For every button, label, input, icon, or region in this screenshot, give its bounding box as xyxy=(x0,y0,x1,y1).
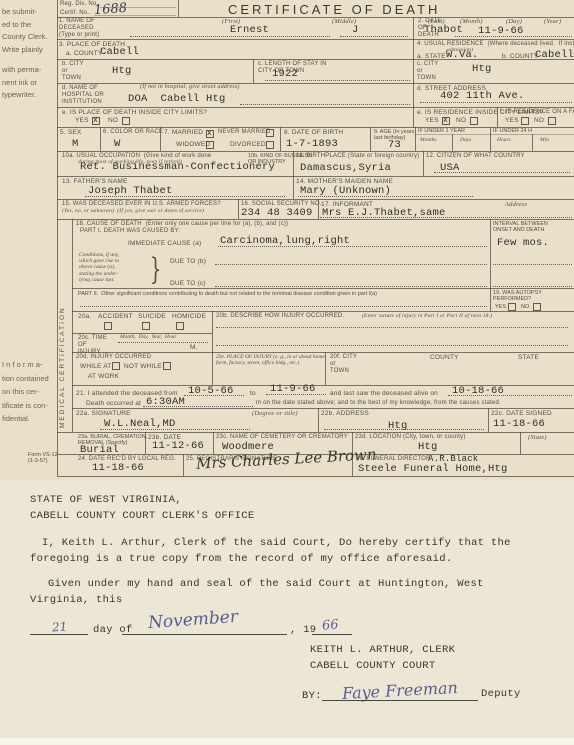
form-title: CERTIFICATE OF DEATH xyxy=(228,2,440,17)
armed-forces-hint: (Yes, no, or unknown) (If yes, give war … xyxy=(62,208,204,215)
divider xyxy=(85,196,285,197)
yes-label: YES xyxy=(75,117,89,124)
date-of-death-label: 2. DATE OF DEATH xyxy=(418,18,442,39)
no-label: NO xyxy=(456,117,466,124)
checkbox-not-while-at-work xyxy=(163,362,171,370)
informant-address-label: Address xyxy=(505,201,527,208)
not-while-label: NOT WHILE xyxy=(124,363,162,370)
divider xyxy=(266,394,326,395)
father-name-label: 13. FATHER'S NAME xyxy=(62,178,128,185)
first-name-value: Ernest xyxy=(230,24,269,36)
checkbox-suicide xyxy=(142,322,150,330)
race-label: 6. COLOR OR RACE xyxy=(103,129,163,136)
divider xyxy=(212,311,213,385)
divider xyxy=(130,36,330,37)
divider xyxy=(216,327,568,328)
date-received-value: 11-18-66 xyxy=(92,462,144,474)
institution-label: d. NAME OF HOSPITAL OR INSTITUTION xyxy=(62,85,104,106)
divider xyxy=(312,634,352,635)
never-married-label: NEVER MARRIED xyxy=(218,129,271,136)
checkbox-pod-yes: x xyxy=(92,117,100,125)
divider xyxy=(184,395,244,396)
year-label: (Year) xyxy=(544,18,561,25)
months-label: Months xyxy=(420,137,437,143)
divider xyxy=(100,429,250,430)
at-work-label: AT WORK xyxy=(88,373,119,380)
birthplace-label: 11. BIRTHPLACE (State or foreign country… xyxy=(296,153,419,160)
interval-label: INTERVAL BETWEEN ONSET AND DEATH xyxy=(493,221,548,233)
armed-forces-label: 15. WAS DECEASED EVER IN U.S. ARMED FORC… xyxy=(62,201,221,208)
dob-label: 8. DATE OF BIRTH xyxy=(284,129,343,136)
suicide-label: SUICIDE xyxy=(138,313,166,320)
interval-value: Few mos. xyxy=(497,237,549,249)
city-value: Htg xyxy=(112,65,132,77)
no-label: NO xyxy=(108,117,118,124)
checkbox-farm-no xyxy=(548,117,556,125)
age-value: 73 xyxy=(388,139,401,151)
margin-note-ink: with perma- nent ink or typewriter. xyxy=(2,64,41,102)
checkbox-pod-no xyxy=(122,117,130,125)
physician-address-value: Htg xyxy=(388,420,408,432)
divider xyxy=(57,151,574,152)
divider xyxy=(238,199,239,219)
cert-paragraph-1b: foregoing is a true copy from the record… xyxy=(30,553,452,565)
checkbox-farm-yes xyxy=(521,117,529,125)
checkbox-res-yes: x xyxy=(442,117,450,125)
divider xyxy=(57,59,574,60)
min-label: Min xyxy=(540,137,549,143)
yes-label: YES xyxy=(495,304,506,310)
divider xyxy=(324,429,484,430)
deputy-label: Deputy xyxy=(481,688,521,700)
middle-name-value: J xyxy=(352,24,359,36)
divider xyxy=(532,134,533,151)
no-label: NO xyxy=(534,117,544,124)
divider xyxy=(57,176,574,177)
length-of-stay-value: 1922 xyxy=(272,68,298,80)
divider xyxy=(122,634,287,635)
describe-injury-label: 20b. DESCRIBE HOW INJURY OCCURRED. xyxy=(216,313,344,320)
res-city-value: Htg xyxy=(472,63,492,75)
yes-label: YES xyxy=(425,117,439,124)
time-columns-label: Month, Day, Year, Hour xyxy=(120,334,176,340)
divider xyxy=(72,288,574,289)
mother-name-label: 14. MOTHER'S MAIDEN NAME xyxy=(296,178,393,185)
check-mark: x xyxy=(443,115,448,124)
funeral-director-label: 26. FUNERAL DIRECTOR xyxy=(356,456,431,463)
divider xyxy=(298,196,473,197)
funeral-home-value: Steele Funeral Home,Htg xyxy=(358,463,508,475)
divider xyxy=(72,352,574,353)
divider xyxy=(57,432,574,433)
birthplace-value: Damascus,Syria xyxy=(300,162,391,174)
checkbox-autopsy-yes xyxy=(508,303,516,311)
degree-label: (Degree or title) xyxy=(252,410,298,417)
race-value: W xyxy=(114,138,121,150)
divider xyxy=(253,59,254,83)
checkbox-married: x xyxy=(206,130,214,138)
street-address-value: 402 11th Ave. xyxy=(440,90,525,102)
city-town-label: b. CITY or TOWN xyxy=(62,61,84,82)
checkbox-never-married xyxy=(266,129,274,137)
meridiem-label: M. xyxy=(190,344,198,351)
burial-date-value: 11-12-66 xyxy=(152,440,204,452)
divider xyxy=(322,700,478,701)
sex-value: M xyxy=(72,138,79,150)
clerk-court-line: CABELL COUNTY COURT xyxy=(310,660,435,672)
cause-of-death-label: 18. CAUSE OF DEATH (Enter only one cause… xyxy=(76,221,288,228)
divider xyxy=(183,454,184,476)
immediate-cause-label: IMMEDIATE CAUSE (a) xyxy=(128,240,201,247)
divider xyxy=(30,634,88,635)
divider xyxy=(118,342,208,343)
cemetery-label: 23c. NAME OF CEMETERY OR CREMATORY xyxy=(216,434,348,441)
injury-occurred-label: 20d. INJURY OCCURRED xyxy=(76,354,151,361)
divider xyxy=(72,311,574,312)
hours-label: Hours xyxy=(497,137,511,143)
handwritten-year: 66 xyxy=(321,617,339,633)
divider xyxy=(215,264,487,265)
dob-value: 1-7-1893 xyxy=(286,138,338,150)
no-label: NO xyxy=(521,304,529,310)
checkbox-res-no xyxy=(470,117,478,125)
due-to-b-label: DUE TO (b) xyxy=(170,258,206,265)
checkbox-homicide xyxy=(176,322,184,330)
medical-certification-label: MEDICAL CERTIFICATION xyxy=(59,228,66,428)
day-label: (Day) xyxy=(506,18,522,25)
occupation-value: Ret. Businessman-Confectionery xyxy=(80,161,275,173)
divider xyxy=(488,408,489,432)
divider xyxy=(423,151,424,176)
divider xyxy=(318,408,319,432)
divider xyxy=(420,102,572,103)
part1-label: PART I. DEATH WAS CAUSED BY: xyxy=(80,228,180,235)
date-signed-label: 22c. DATE SIGNED xyxy=(491,410,552,417)
divider xyxy=(493,286,572,287)
divider xyxy=(413,17,414,127)
divider xyxy=(490,219,491,311)
if-under-1-year-label: IF UNDER 1 YEAR xyxy=(418,128,465,134)
institution-hint: (If not in hospital, give street address… xyxy=(140,84,240,91)
divider xyxy=(94,15,176,16)
divider xyxy=(240,104,410,105)
divider xyxy=(57,0,58,476)
cert-paragraph-1a: I, Keith L. Arthur, Clerk of the said Co… xyxy=(42,537,511,549)
divider xyxy=(320,217,572,218)
divorced-label: DIVORCED xyxy=(230,141,266,148)
place-of-injury-label: 20e. PLACE OF INJURY (e. g., in or about… xyxy=(216,354,326,366)
check-mark: x xyxy=(93,115,98,124)
divider xyxy=(57,219,574,220)
divider xyxy=(80,306,487,307)
divider xyxy=(280,127,281,151)
burial-location-value: Htg xyxy=(418,441,438,453)
divider xyxy=(455,36,572,37)
res-city-town-label: c. CITY or TOWN xyxy=(417,61,438,82)
margin-note-top: be submit- ed to the County Clerk. Write… xyxy=(2,6,47,56)
divider xyxy=(452,134,453,151)
by-label: BY: xyxy=(302,690,322,702)
state-value: W.Va. xyxy=(446,49,479,61)
checkbox-while-at-work xyxy=(112,362,120,370)
attended-text-3: m on the date stated above; and to the b… xyxy=(256,400,501,407)
brace-glyph: } xyxy=(150,252,161,287)
handwritten-day: 21 xyxy=(52,619,68,634)
state-label: a. STATE xyxy=(417,53,446,60)
divider xyxy=(520,432,521,454)
divider xyxy=(370,127,371,151)
cert-paragraph-2a: Given under my hand and seal of the said… xyxy=(48,578,484,590)
divider xyxy=(213,432,214,454)
county-label: a. COUNTY xyxy=(66,50,102,57)
burial-location-label: 23d. LOCATION (City, town, or county) xyxy=(355,434,466,441)
sex-label: 5. SEX xyxy=(60,129,81,136)
form-number: Form VS-12 (1-3-57) xyxy=(28,452,58,464)
divider xyxy=(415,127,416,151)
institution-value: DOA Cabell Htg xyxy=(128,93,226,105)
divider xyxy=(340,36,408,37)
divider xyxy=(57,83,574,84)
divider xyxy=(265,80,410,81)
physician-signature-label: 22a. SIGNATURE xyxy=(76,410,131,417)
checkbox-accident xyxy=(104,322,112,330)
describe-injury-hint: (Enter nature of injury in Part I or Par… xyxy=(362,313,492,320)
res-county-label: b. COUNTY xyxy=(502,53,538,60)
clerk-name-line: KEITH L. ARTHUR, CLERK xyxy=(310,644,455,656)
autopsy-label: 19. WAS AUTOPSY PERFORMED? xyxy=(493,290,542,302)
divider xyxy=(72,408,574,409)
burial-state-label: (State) xyxy=(528,434,547,441)
divider xyxy=(434,172,570,173)
ssn-value: 234 48 3409 xyxy=(241,207,313,219)
res-county-value: Cabell xyxy=(535,49,574,61)
time-of-injury-label: 20c. TIME OF INJURY xyxy=(78,335,107,356)
cert-paragraph-2b: Virginia, this xyxy=(30,594,122,606)
month-label: (Month) xyxy=(460,18,483,25)
burial-value: Burial xyxy=(80,444,119,456)
conditions-note: Conditions, if any, which gave rise to a… xyxy=(79,252,119,283)
checkbox-autopsy-no xyxy=(533,303,541,311)
if-under-24-hours-label: IF UNDER 24 H xyxy=(493,128,532,134)
to-label: to xyxy=(250,390,256,397)
married-label: 7. MARRIED xyxy=(164,129,203,136)
scanned-death-certificate: be submit- ed to the County Clerk. Write… xyxy=(0,0,574,745)
death-occurred-label: Death occurred at xyxy=(86,400,141,407)
paper-edge xyxy=(0,738,574,745)
cert-state-line: STATE OF WEST VIRGINIA, xyxy=(30,494,182,506)
checkbox-divorced xyxy=(266,141,274,149)
reg-dis-label: Reg. Dis. No. xyxy=(60,1,98,8)
divider xyxy=(57,199,574,200)
farm-label: f. IS RESIDENCE ON A FARM? xyxy=(500,109,574,116)
yes-label: YES xyxy=(505,117,519,124)
injury-city-label: 20f. CITY or TOWN xyxy=(330,354,357,375)
while-at-label: WHILE AT xyxy=(80,363,111,370)
attended-text-2: and last saw the deceased alive on xyxy=(330,390,438,397)
injury-county-label: COUNTY xyxy=(430,354,459,361)
homicide-label: HOMICIDE xyxy=(172,313,206,320)
divider xyxy=(143,406,253,407)
date-signed-value: 11-18-66 xyxy=(493,418,545,430)
accident-label: ACCIDENT xyxy=(98,313,133,320)
cert-office-line: CABELL COUNTY COURT CLERK'S OFFICE xyxy=(30,510,254,522)
divider xyxy=(490,127,491,151)
divider xyxy=(100,127,101,151)
due-to-c-label: DUE TO (c) xyxy=(170,280,206,287)
physician-address-label: 22b. ADDRESS xyxy=(321,410,369,417)
certif-no-label: Certif. No. xyxy=(60,10,89,17)
divider xyxy=(215,286,487,287)
accident-section-label: 20a. xyxy=(78,313,91,320)
county-value: Cabell xyxy=(100,46,139,58)
divider xyxy=(57,39,574,40)
divider xyxy=(178,0,179,17)
divider xyxy=(448,395,572,396)
divider xyxy=(216,345,568,346)
check-mark: x xyxy=(207,128,212,137)
citizen-label: 12. CITIZEN OF WHAT COUNTRY xyxy=(426,153,525,160)
pod-city-limits-label: e. IS PLACE OF DEATH INSIDE CITY LIMITS? xyxy=(62,109,207,116)
margin-note-confidential: I n f o r m a- tion contained on this ce… xyxy=(2,358,49,426)
divider xyxy=(57,17,574,18)
injury-state-label: STATE xyxy=(518,354,539,361)
part2-label: PART II. Other significant conditions co… xyxy=(78,291,377,297)
days-label: Days xyxy=(460,137,471,143)
divider xyxy=(218,246,487,247)
checkbox-widowed xyxy=(206,141,214,149)
divider xyxy=(72,219,73,432)
divider xyxy=(493,264,572,265)
name-of-deceased-label: 1. NAME OF DECEASED (Type or print) xyxy=(59,18,99,39)
divider xyxy=(57,476,574,477)
usual-residence-label: 4. USUAL RESIDENCE (Where deceased lived… xyxy=(417,41,574,48)
